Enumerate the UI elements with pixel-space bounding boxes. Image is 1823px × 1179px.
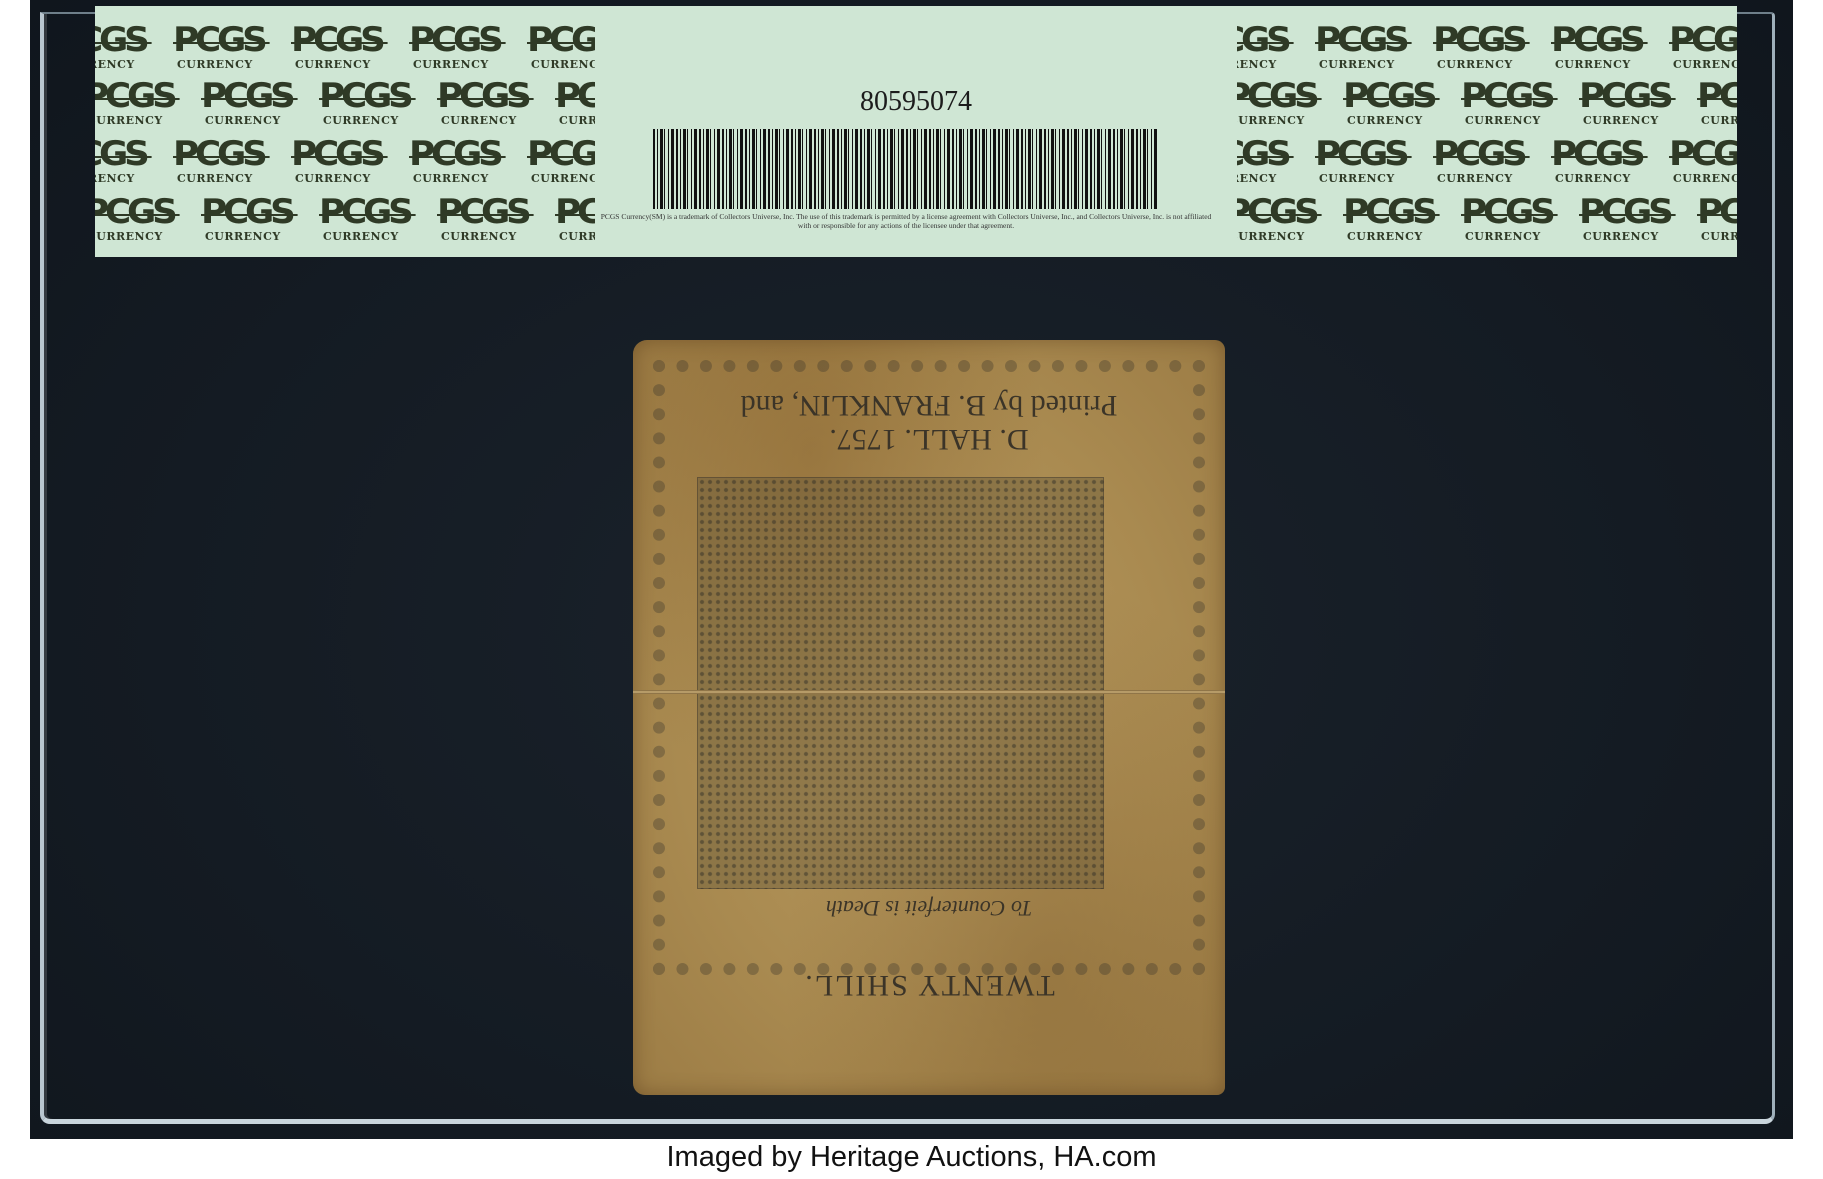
pcgs-logo-icon: PCGSCURRENCY [1669,22,1737,70]
pcgs-logo-icon: PCGSCURRENCY [1697,194,1737,242]
pcgs-logo-icon: PCGSCURRENCY [1343,194,1431,242]
pcgs-logo-icon: PCGSCURRENCY [1551,136,1639,184]
center-fold [633,690,1225,694]
pcgs-logo-icon: PCGSCURRENCY [173,136,261,184]
pcgs-logo-icon: PCGSCURRENCY [555,194,595,242]
logo-pattern-right: PCGSCURRENCYPCGSCURRENCYPCGSCURRENCYPCGS… [1237,6,1737,257]
pcgs-logo-icon: PCGSCURRENCY [1461,78,1549,126]
printed-vignette [697,477,1104,889]
pcgs-label: PCGSCURRENCYPCGSCURRENCYPCGSCURRENCYPCGS… [95,6,1737,257]
logo-row: PCGSCURRENCYPCGSCURRENCYPCGSCURRENCYPCGS… [1237,194,1737,242]
pcgs-logo-icon: PCGSCURRENCY [201,194,289,242]
pcgs-logo-icon: PCGSCURRENCY [1237,136,1285,184]
logo-row: PCGSCURRENCYPCGSCURRENCYPCGSCURRENCYPCGS… [1237,78,1737,126]
pcgs-logo-icon: PCGSCURRENCY [291,136,379,184]
pcgs-logo-icon: PCGSCURRENCY [1315,136,1403,184]
printer-imprint-line-2: D. HALL. 1757. [633,422,1225,456]
printer-imprint-line-1: Printed by B. FRANKLIN, and [633,388,1225,422]
trademark-fine-print: PCGS Currency(SM) is a trademark of Coll… [595,212,1217,230]
image-credit-caption: Imaged by Heritage Auctions, HA.com [0,1141,1823,1174]
counterfeit-warning: To Counterfeit is Death [633,895,1225,921]
pcgs-logo-icon: PCGSCURRENCY [95,136,143,184]
pcgs-logo-icon: PCGSCURRENCY [527,22,595,70]
pcgs-logo-icon: PCGSCURRENCY [1433,22,1521,70]
pcgs-logo-icon: PCGSCURRENCY [1237,194,1313,242]
pcgs-logo-icon: PCGSCURRENCY [95,22,143,70]
pcgs-logo-icon: PCGSCURRENCY [1579,78,1667,126]
pcgs-logo-icon: PCGSCURRENCY [1697,78,1737,126]
pcgs-logo-icon: PCGSCURRENCY [1315,22,1403,70]
logo-row: PCGSCURRENCYPCGSCURRENCYPCGSCURRENCYPCGS… [1237,136,1737,184]
pcgs-logo-icon: PCGSCURRENCY [95,194,171,242]
pcgs-logo-icon: PCGSCURRENCY [1551,22,1639,70]
printer-imprint: D. HALL. 1757. Printed by B. FRANKLIN, a… [633,388,1225,456]
pcgs-logo-icon: PCGSCURRENCY [1237,22,1285,70]
pcgs-logo-icon: PCGSCURRENCY [1237,78,1313,126]
pcgs-logo-icon: PCGSCURRENCY [319,194,407,242]
colonial-banknote: D. HALL. 1757. Printed by B. FRANKLIN, a… [633,340,1225,1095]
pcgs-logo-icon: PCGSCURRENCY [527,136,595,184]
logo-row: PCGSCURRENCYPCGSCURRENCYPCGSCURRENCYPCGS… [95,22,595,70]
pcgs-logo-icon: PCGSCURRENCY [291,22,379,70]
logo-row: PCGSCURRENCYPCGSCURRENCYPCGSCURRENCYPCGS… [1237,22,1737,70]
pcgs-logo-icon: PCGSCURRENCY [1669,136,1737,184]
pcgs-logo-icon: PCGSCURRENCY [1433,136,1521,184]
pcgs-logo-icon: PCGSCURRENCY [437,194,525,242]
denomination-text: TWENTY SHILL. [633,968,1225,1002]
logo-pattern-left: PCGSCURRENCYPCGSCURRENCYPCGSCURRENCYPCGS… [95,6,595,257]
logo-row: PCGSCURRENCYPCGSCURRENCYPCGSCURRENCYPCGS… [95,136,595,184]
pcgs-logo-icon: PCGSCURRENCY [173,22,261,70]
pcgs-logo-icon: PCGSCURRENCY [409,22,497,70]
pcgs-logo-icon: PCGSCURRENCY [1579,194,1667,242]
pcgs-logo-icon: PCGSCURRENCY [409,136,497,184]
barcode [653,129,1159,209]
pcgs-logo-icon: PCGSCURRENCY [1461,194,1549,242]
logo-row: PCGSCURRENCYPCGSCURRENCYPCGSCURRENCYPCGS… [95,194,595,242]
pcgs-logo-icon: PCGSCURRENCY [1343,78,1431,126]
